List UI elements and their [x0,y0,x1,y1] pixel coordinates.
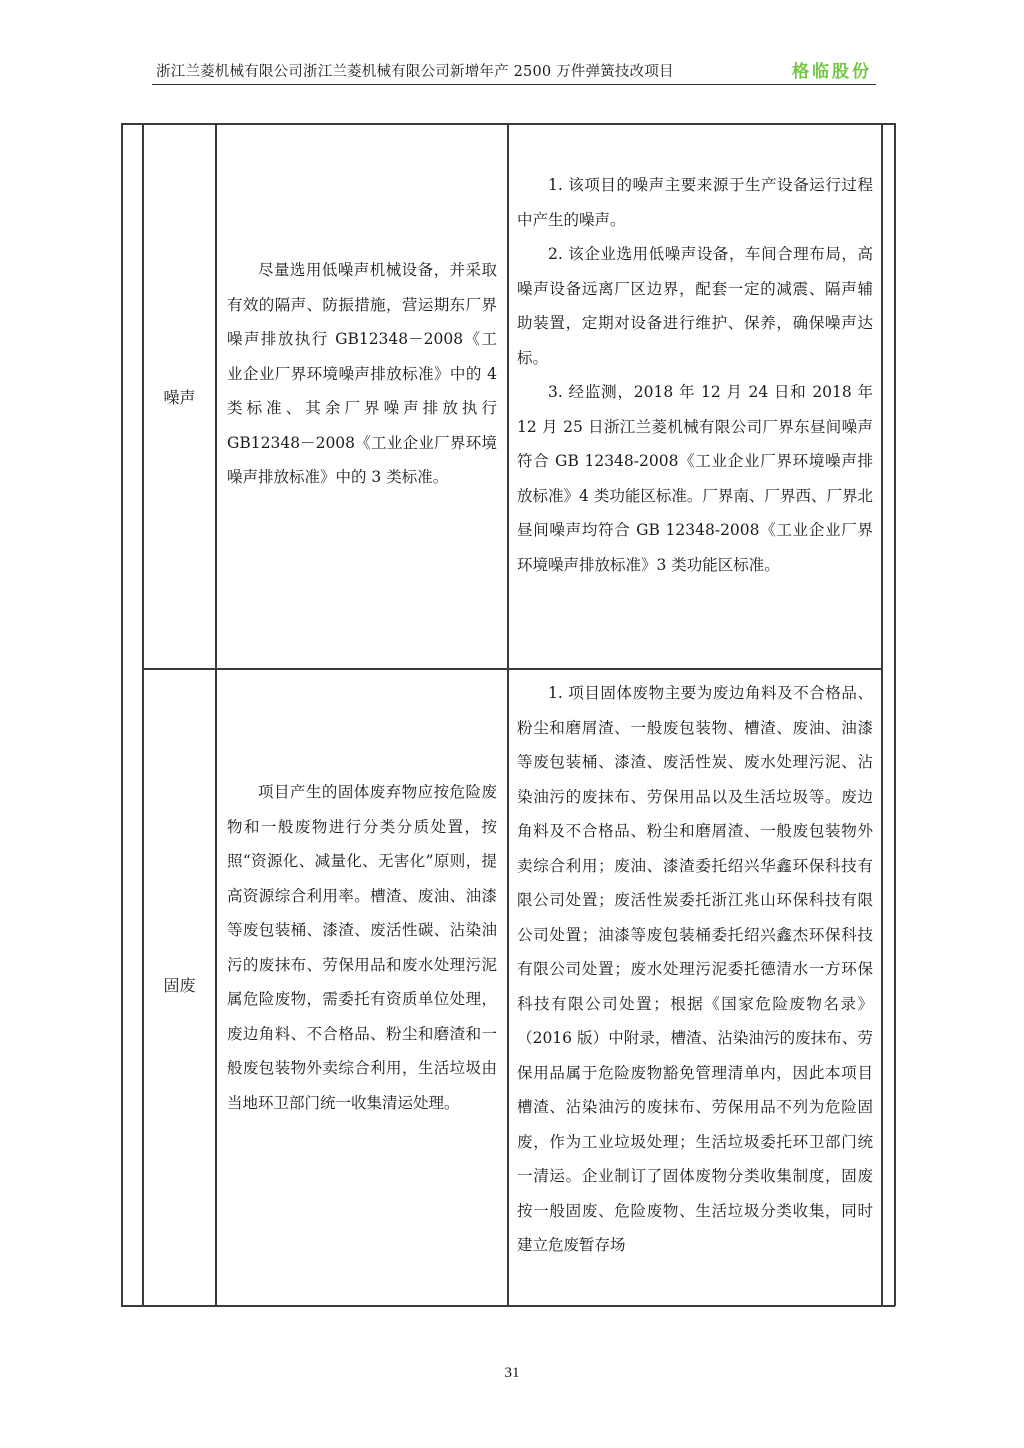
row-category-solid-waste: 固废 [143,973,216,996]
implementation-item-2: 2. 该企业选用低噪声设备，车间合理布局，高噪声设备远离厂区边界，配套一定的减震… [517,237,873,375]
noise-requirement: 尽量选用低噪声机械设备，并采取有效的隔声、防振措施，营运期东厂界噪声排放执行 G… [227,253,497,495]
requirement-text: 项目产生的固体废弃物应按危险废物和一般废物进行分类分质处置，按照“资源化、减量化… [227,775,497,1120]
table-right-border [894,123,896,1306]
noise-implementation: 1. 该项目的噪声主要来源于生产设备运行过程中产生的噪声。 2. 该企业选用低噪… [517,168,873,582]
page-number: 31 [0,1365,1024,1382]
column-divider [881,123,883,1306]
document-title: 浙江兰菱机械有限公司浙江兰菱机械有限公司新增年产 2500 万件弹簧技改项目 [156,60,674,81]
compliance-table: 噪声 尽量选用低噪声机械设备，并采取有效的隔声、防振措施，营运期东厂界噪声排放执… [121,123,895,1306]
column-divider [507,123,509,1306]
solid-waste-requirement: 项目产生的固体废弃物应按危险废物和一般废物进行分类分质处置，按照“资源化、减量化… [227,775,497,1120]
table-left-border [121,123,123,1306]
requirement-text: 尽量选用低噪声机械设备，并采取有效的隔声、防振措施，营运期东厂界噪声排放执行 G… [227,253,497,495]
row-divider [142,668,881,670]
column-divider [215,123,217,1306]
implementation-item-1: 1. 该项目的噪声主要来源于生产设备运行过程中产生的噪声。 [517,168,873,237]
implementation-item-3: 3. 经监测，2018 年 12 月 24 日和 2018 年 12 月 25 … [517,375,873,582]
solid-waste-implementation: 1. 项目固体废物主要为废边角料及不合格品、粉尘和磨屑渣、一般废包装物、槽渣、废… [517,676,873,1263]
row-category-noise: 噪声 [143,385,216,408]
implementation-item-1: 1. 项目固体废物主要为废边角料及不合格品、粉尘和磨屑渣、一般废包装物、槽渣、废… [517,676,873,1263]
page-header: 浙江兰菱机械有限公司浙江兰菱机械有限公司新增年产 2500 万件弹簧技改项目 格… [152,56,876,85]
company-logo: 格临股份 [792,57,872,82]
column-divider [142,123,144,1306]
